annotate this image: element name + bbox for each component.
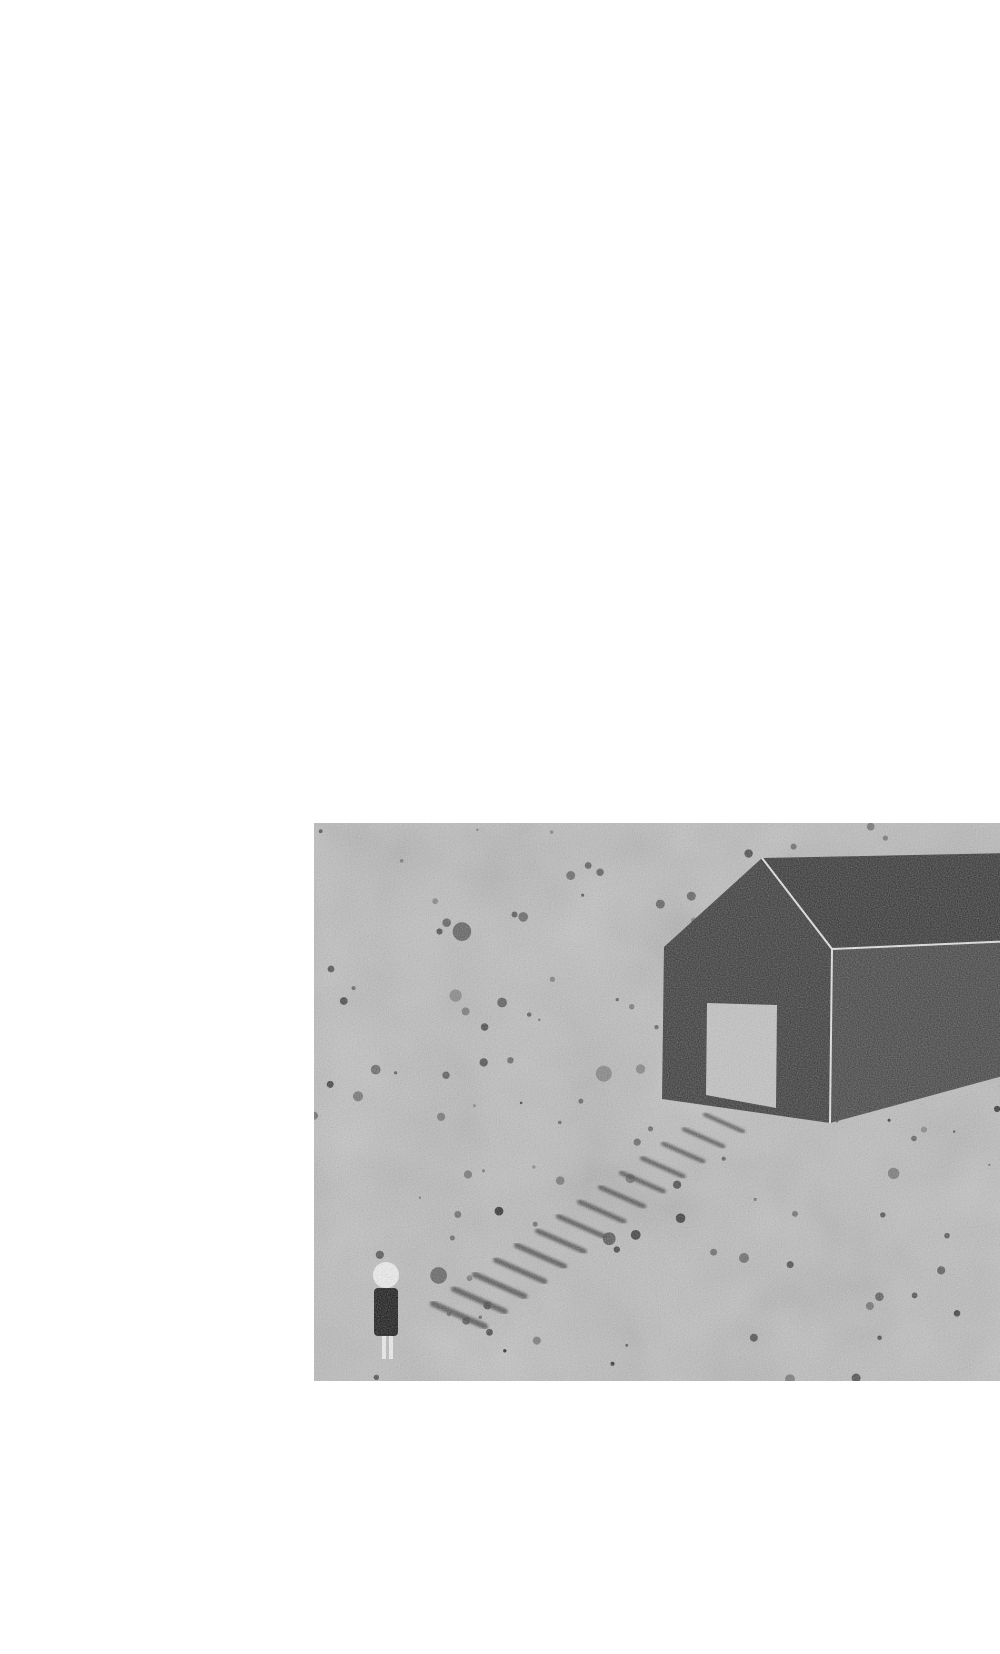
illustration xyxy=(314,823,1000,1381)
illustration-canvas xyxy=(314,823,1000,1381)
